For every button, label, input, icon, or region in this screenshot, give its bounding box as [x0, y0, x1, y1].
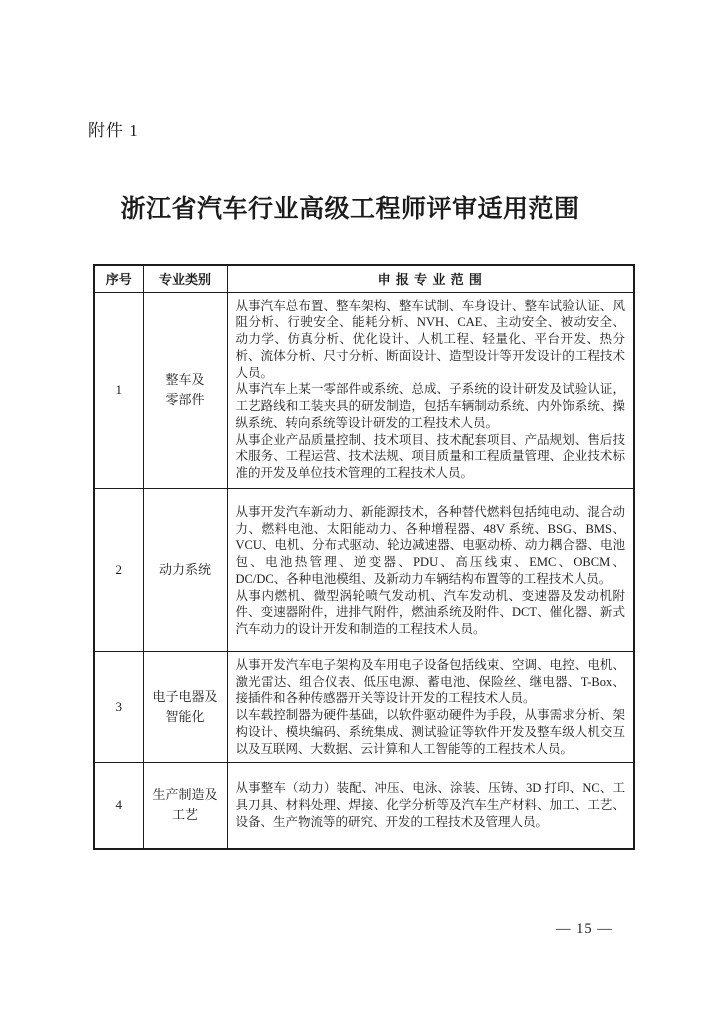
- col-header-category: 专业类别: [143, 265, 227, 292]
- category-cell: 整车及 零部件: [143, 292, 227, 488]
- serial-cell: 1: [94, 292, 143, 488]
- scope-paragraph: 以车载控制器为硬件基础，以软件驱动硬件为手段，从事需求分析、架构设计、模块编码、…: [236, 707, 626, 757]
- scope-cell: 从事开发汽车电子架构及车用电子设备包括线束、空调、电控、电机、激光雷达、组合仪表…: [227, 651, 634, 763]
- col-header-serial: 序号: [94, 265, 143, 292]
- category-cell: 动力系统: [143, 488, 227, 651]
- scope-paragraph: 从事开发汽车电子架构及车用电子设备包括线束、空调、电控、电机、激光雷达、组合仪表…: [236, 657, 626, 707]
- scope-paragraph: 从事开发汽车新动力、新能源技术，各种替代燃料包括纯电动、混合动力、燃料电池、太阳…: [236, 504, 626, 588]
- scope-cell: 从事汽车总布置、整车架构、整车试制、车身设计、整车试验认证、风阻分析、行驶安全、…: [227, 292, 634, 488]
- category-cell: 生产制造及 工艺: [143, 763, 227, 849]
- table-row: 2 动力系统 从事开发汽车新动力、新能源技术，各种替代燃料包括纯电动、混合动力、…: [94, 488, 634, 651]
- scope-paragraph: 从事汽车上某一零部件或系统、总成、子系统的设计研发及试验认证，工艺路线和工装夹具…: [236, 381, 626, 431]
- category-cell: 电子电器及 智能化: [143, 651, 227, 763]
- page-title: 浙江省汽车行业高级工程师评审适用范围: [60, 189, 640, 225]
- table-row: 4 生产制造及 工艺 从事整车（动力）装配、冲压、电泳、涂装、压铸、3D 打印、…: [94, 763, 634, 849]
- table-row: 1 整车及 零部件 从事汽车总布置、整车架构、整车试制、车身设计、整车试验认证、…: [94, 292, 634, 488]
- table-row: 3 电子电器及 智能化 从事开发汽车电子架构及车用电子设备包括线束、空调、电控、…: [94, 651, 634, 763]
- scope-paragraph: 从事内燃机、微型涡轮喷气发动机、汽车发动机、变速器及发动机附件、变速器附件，进排…: [236, 588, 626, 638]
- col-header-scope: 申 报 专 业 范 围: [227, 265, 634, 292]
- serial-cell: 4: [94, 763, 143, 849]
- table-header-row: 序号 专业类别 申 报 专 业 范 围: [94, 265, 634, 292]
- scope-cell: 从事开发汽车新动力、新能源技术，各种替代燃料包括纯电动、混合动力、燃料电池、太阳…: [227, 488, 634, 651]
- attachment-label: 附件 1: [88, 116, 139, 141]
- serial-cell: 3: [94, 651, 143, 763]
- scope-paragraph: 从事汽车总布置、整车架构、整车试制、车身设计、整车试验认证、风阻分析、行驶安全、…: [236, 298, 626, 382]
- serial-cell: 2: [94, 488, 143, 651]
- document-page: 附件 1 浙江省汽车行业高级工程师评审适用范围 序号 专业类别 申 报 专 业 …: [0, 0, 724, 1024]
- scope-cell: 从事整车（动力）装配、冲压、电泳、涂装、压铸、3D 打印、NC、工具刀具、材料处…: [227, 763, 634, 849]
- scope-paragraph: 从事整车（动力）装配、冲压、电泳、涂装、压铸、3D 打印、NC、工具刀具、材料处…: [236, 780, 626, 830]
- page-number: — 15 —: [556, 921, 613, 938]
- scope-table: 序号 专业类别 申 报 专 业 范 围 1 整车及 零部件 从事汽车总布置、整车…: [93, 264, 635, 850]
- scope-paragraph: 从事企业产品质量控制、技术项目、技术配套项目、产品规划、售后技术服务、工程运营、…: [236, 432, 626, 482]
